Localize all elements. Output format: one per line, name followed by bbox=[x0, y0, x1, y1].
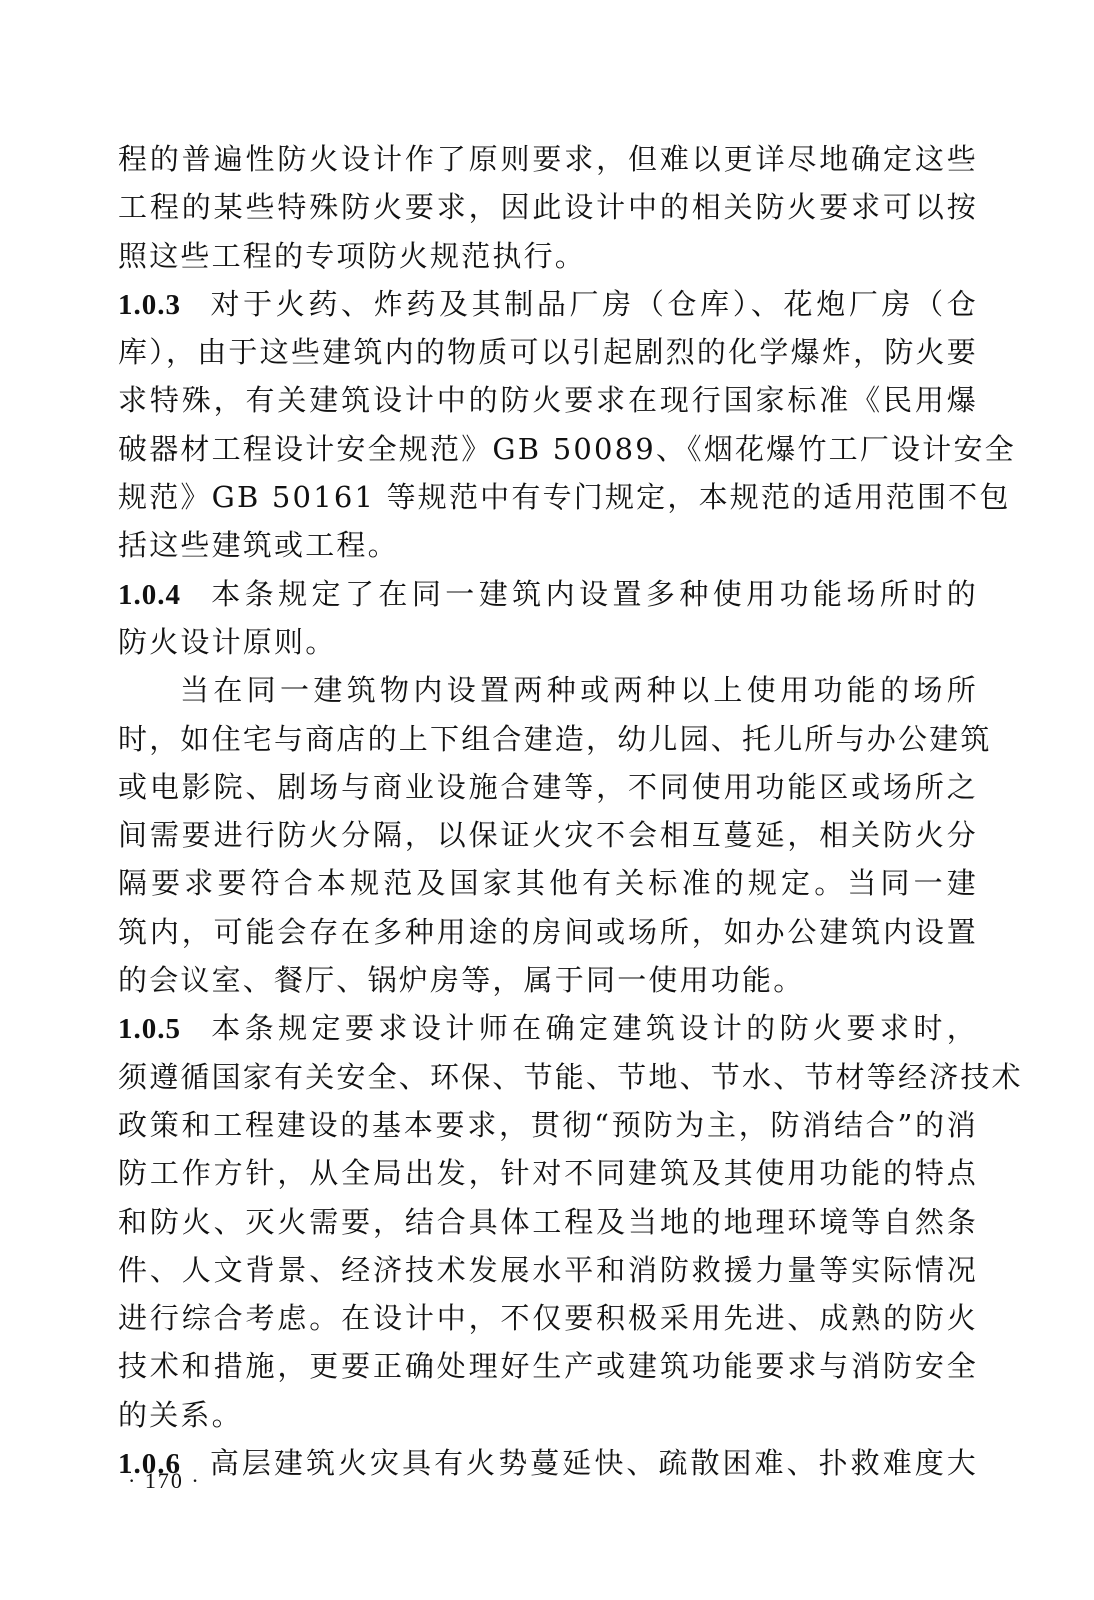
line-text: 程的普遍性防火设计作了原则要求，但难以更详尽地确定这些 bbox=[118, 142, 978, 176]
line-text: 括这些建筑或工程。 bbox=[118, 528, 399, 562]
text-line: 筑内，可能会存在多种用途的房间或场所，如办公建筑内设置 bbox=[118, 908, 978, 956]
line-text: 政策和工程建设的基本要求，贯彻“预防为主，防消结合”的消 bbox=[118, 1108, 978, 1142]
line-text: 间需要进行防火分隔，以保证火灾不会相互蔓延，相关防火分 bbox=[118, 818, 978, 852]
text-line: 规范》GB 50161 等规范中有专门规定，本规范的适用范围不包 bbox=[118, 473, 978, 521]
text-line: 库），由于这些建筑内的物质可以引起剧烈的化学爆炸，防火要 bbox=[118, 328, 978, 376]
text-line: 时，如住宅与商店的上下组合建造，幼儿园、托儿所与办公建筑 bbox=[118, 715, 978, 763]
text-line: 间需要进行防火分隔，以保证火灾不会相互蔓延，相关防火分 bbox=[118, 811, 978, 859]
clause-number: 1.0.4 bbox=[118, 579, 181, 611]
line-text: 件、人文背景、经济技术发展水平和消防救援力量等实际情况 bbox=[118, 1253, 978, 1287]
line-text: 和防火、灭火需要，结合具体工程及当地的地理环境等自然条 bbox=[118, 1205, 978, 1239]
text-line: 隔要求要符合本规范及国家其他有关标准的规定。当同一建 bbox=[118, 859, 978, 907]
line-text: 高层建筑火灾具有火势蔓延快、疏散困难、扑救难度大 bbox=[209, 1446, 978, 1480]
text-line: 技术和措施，更要正确处理好生产或建筑功能要求与消防安全 bbox=[118, 1342, 978, 1390]
line-text: 工程的某些特殊防火要求，因此设计中的相关防火要求可以按 bbox=[118, 190, 978, 224]
line-text: 防工作方针，从全局出发，针对不同建筑及其使用功能的特点 bbox=[118, 1156, 978, 1190]
clause-number: 1.0.3 bbox=[118, 289, 181, 321]
text-line: 程的普遍性防火设计作了原则要求，但难以更详尽地确定这些 bbox=[118, 135, 978, 183]
line-text: 规范》GB 50161 等规范中有专门规定，本规范的适用范围不包 bbox=[118, 480, 1011, 514]
text-line: 政策和工程建设的基本要求，贯彻“预防为主，防消结合”的消 bbox=[118, 1101, 978, 1149]
line-text: 筑内，可能会存在多种用途的房间或场所，如办公建筑内设置 bbox=[118, 915, 978, 949]
text-line: 防火设计原则。 bbox=[118, 618, 978, 666]
text-line: 括这些建筑或工程。 bbox=[118, 521, 978, 569]
line-text: 当在同一建筑物内设置两种或两种以上使用功能的场所 bbox=[180, 673, 978, 707]
text-line: 求特殊，有关建筑设计中的防火要求在现行国家标准《民用爆 bbox=[118, 376, 978, 424]
paragraph-first-line: 当在同一建筑物内设置两种或两种以上使用功能的场所 bbox=[118, 666, 978, 714]
document-page: 程的普遍性防火设计作了原则要求，但难以更详尽地确定这些 工程的某些特殊防火要求，… bbox=[118, 135, 978, 1487]
line-text: 技术和措施，更要正确处理好生产或建筑功能要求与消防安全 bbox=[118, 1349, 978, 1383]
text-line: 和防火、灭火需要，结合具体工程及当地的地理环境等自然条 bbox=[118, 1198, 978, 1246]
line-text: 破器材工程设计安全规范》GB 50089、《烟花爆竹工厂设计安全 bbox=[118, 432, 1016, 466]
text-line: 防工作方针，从全局出发，针对不同建筑及其使用功能的特点 bbox=[118, 1149, 978, 1197]
page-number: · 170 · bbox=[128, 1468, 201, 1494]
text-line: 照这些工程的专项防火规范执行。 bbox=[118, 232, 978, 280]
text-line: 工程的某些特殊防火要求，因此设计中的相关防火要求可以按 bbox=[118, 183, 978, 231]
line-text: 防火设计原则。 bbox=[118, 625, 336, 659]
clause-1-0-6-heading-line: 1.0.6高层建筑火灾具有火势蔓延快、疏散困难、扑救难度大 bbox=[118, 1439, 978, 1487]
line-text: 本条规定了在同一建筑内设置多种使用功能场所时的 bbox=[209, 577, 978, 611]
line-text: 本条规定要求设计师在确定建筑设计的防火要求时， bbox=[209, 1011, 978, 1045]
line-text: 求特殊，有关建筑设计中的防火要求在现行国家标准《民用爆 bbox=[118, 383, 978, 417]
text-line: 件、人文背景、经济技术发展水平和消防救援力量等实际情况 bbox=[118, 1246, 978, 1294]
line-text: 的关系。 bbox=[118, 1398, 243, 1432]
text-line: 或电影院、剧场与商业设施合建等，不同使用功能区或场所之 bbox=[118, 763, 978, 811]
line-text: 库），由于这些建筑内的物质可以引起剧烈的化学爆炸，防火要 bbox=[118, 335, 978, 369]
line-text: 须遵循国家有关安全、环保、节能、节地、节水、节材等经济技术 bbox=[118, 1060, 1023, 1094]
line-text: 的会议室、餐厅、锅炉房等，属于同一使用功能。 bbox=[118, 963, 804, 997]
clause-1-0-3-heading-line: 1.0.3对于火药、炸药及其制品厂房（仓库）、花炮厂房（仓 bbox=[118, 280, 978, 328]
text-line: 须遵循国家有关安全、环保、节能、节地、节水、节材等经济技术 bbox=[118, 1053, 978, 1101]
clause-1-0-5-heading-line: 1.0.5本条规定要求设计师在确定建筑设计的防火要求时， bbox=[118, 1004, 978, 1052]
clause-number: 1.0.5 bbox=[118, 1013, 181, 1045]
text-line: 的会议室、餐厅、锅炉房等，属于同一使用功能。 bbox=[118, 956, 978, 1004]
text-line: 破器材工程设计安全规范》GB 50089、《烟花爆竹工厂设计安全 bbox=[118, 425, 978, 473]
text-line: 进行综合考虑。在设计中，不仅要积极采用先进、成熟的防火 bbox=[118, 1294, 978, 1342]
line-text: 进行综合考虑。在设计中，不仅要积极采用先进、成熟的防火 bbox=[118, 1301, 978, 1335]
text-line: 的关系。 bbox=[118, 1391, 978, 1439]
line-text: 时，如住宅与商店的上下组合建造，幼儿园、托儿所与办公建筑 bbox=[118, 722, 992, 756]
line-text: 照这些工程的专项防火规范执行。 bbox=[118, 239, 586, 273]
line-text: 隔要求要符合本规范及国家其他有关标准的规定。当同一建 bbox=[118, 866, 978, 900]
line-text: 对于火药、炸药及其制品厂房（仓库）、花炮厂房（仓 bbox=[209, 287, 978, 321]
clause-1-0-4-heading-line: 1.0.4本条规定了在同一建筑内设置多种使用功能场所时的 bbox=[118, 570, 978, 618]
line-text: 或电影院、剧场与商业设施合建等，不同使用功能区或场所之 bbox=[118, 770, 978, 804]
